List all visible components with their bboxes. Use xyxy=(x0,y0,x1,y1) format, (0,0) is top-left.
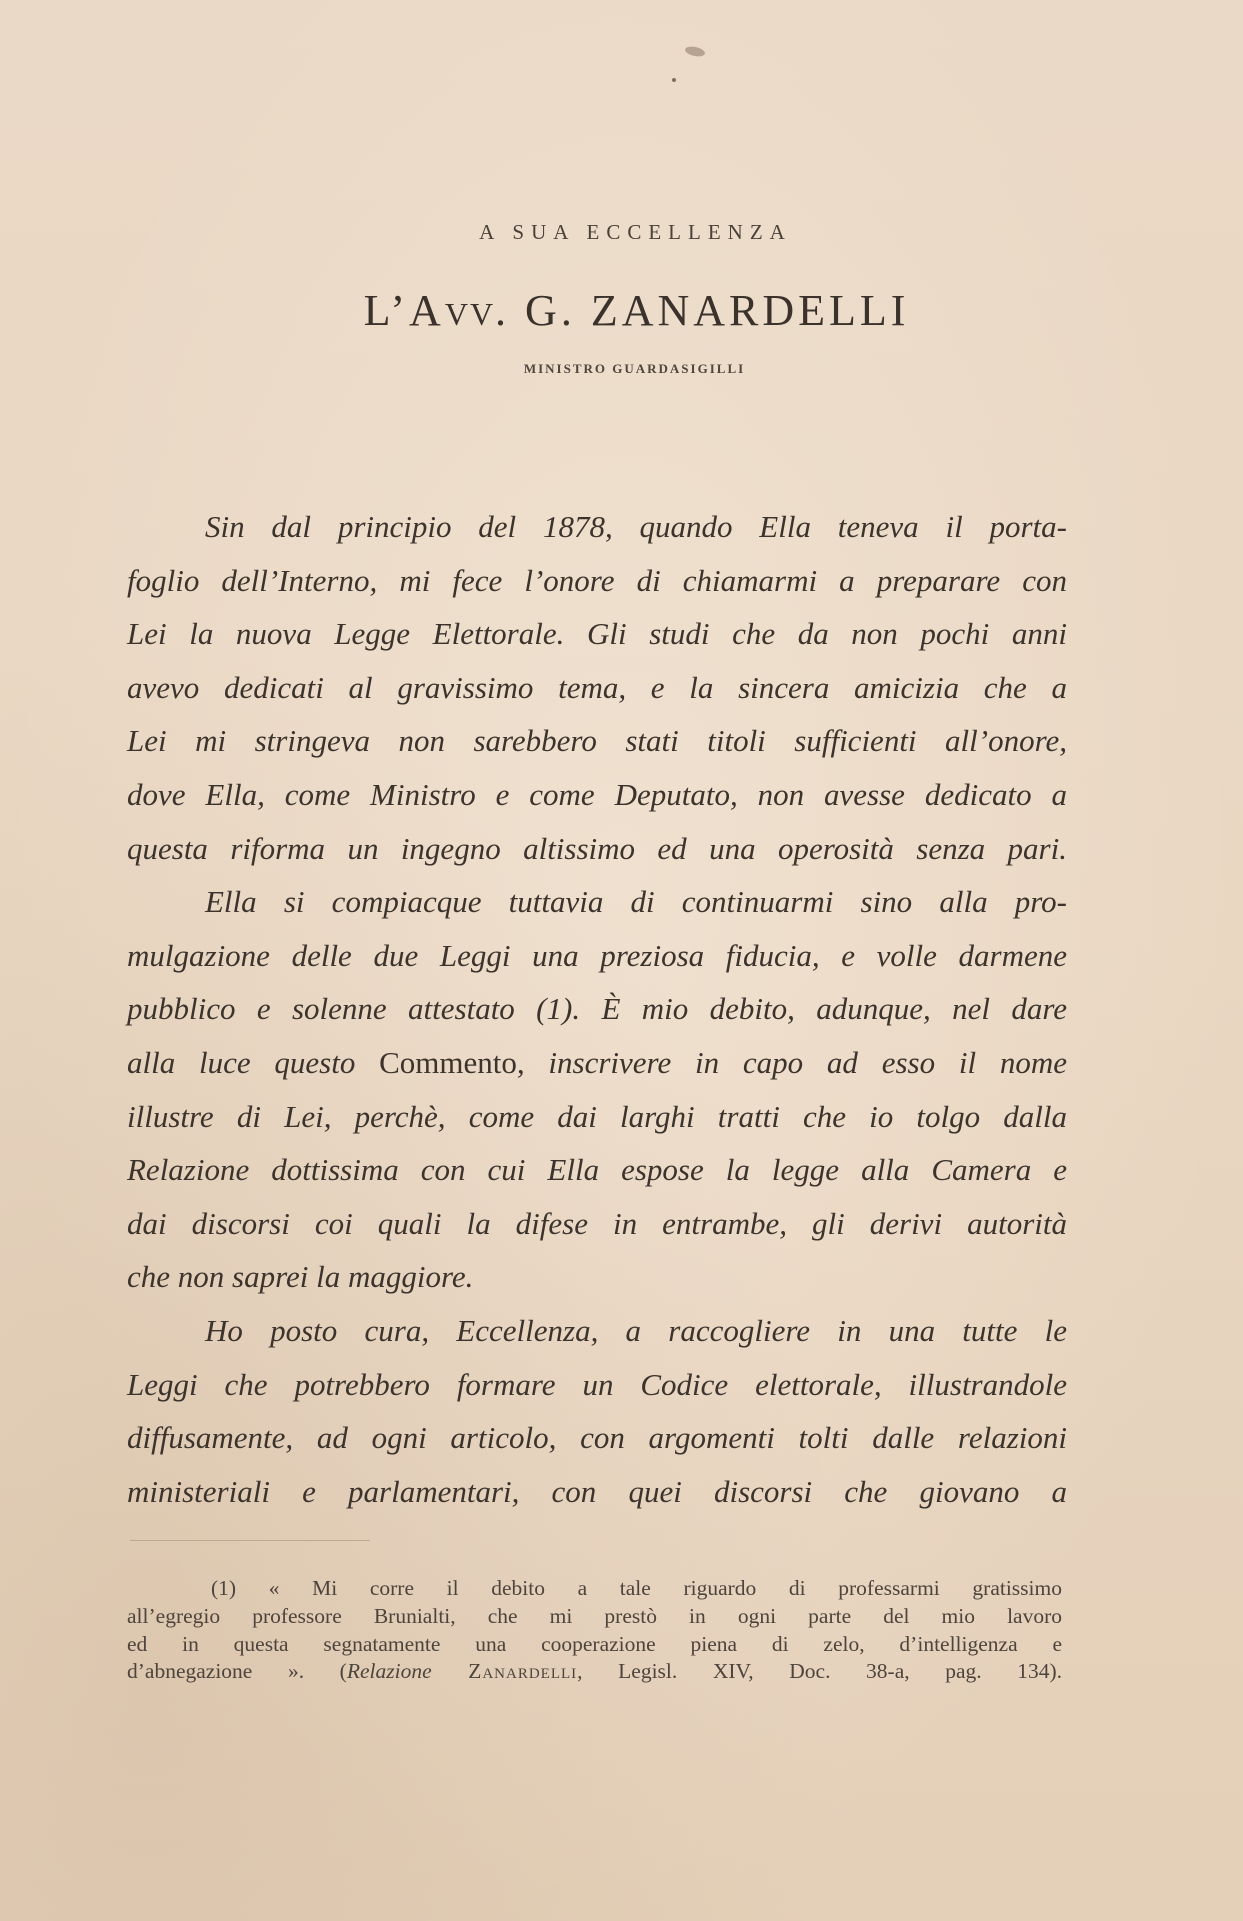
text-line: che non saprei la maggiore. xyxy=(127,1250,1067,1304)
dedicatee-name: . G. ZANARDELLI xyxy=(495,286,909,335)
text-line: mulgazione delle due Leggi una preziosa … xyxy=(127,929,1067,983)
text-line: dai discorsi coi quali la difese in entr… xyxy=(127,1197,1067,1251)
dedicatee-prefix-vv: VV xyxy=(445,296,495,332)
text-line: Leggi che potrebbero formare un Codice e… xyxy=(127,1358,1067,1412)
footnote: (1) « Mi corre il debito a tale riguardo… xyxy=(127,1575,1062,1686)
footnote-line: d’abnegazione ». (Relazione Zanardelli, … xyxy=(127,1658,1062,1686)
text-line: Sin dal principio del 1878, quando Ella … xyxy=(127,500,1067,554)
text-fragment: , inscrivere in capo ad esso il nome xyxy=(517,1045,1067,1080)
dedicatee-title: L’AVV. G. ZANARDELLI xyxy=(0,285,1243,336)
text-line: foglio dell’Interno, mi fece l’onore di … xyxy=(127,554,1067,608)
relazione-word: Relazione xyxy=(347,1659,432,1683)
text-line: Lei la nuova Legge Elettorale. Gli studi… xyxy=(127,607,1067,661)
dedication-body: Sin dal principio del 1878, quando Ella … xyxy=(127,500,1067,1518)
dedicatee-role: MINISTRO GUARDASIGILLI xyxy=(0,361,1243,377)
text-line: Ho posto cura, Eccellenza, a raccogliere… xyxy=(127,1304,1067,1358)
text-line: dove Ella, come Ministro e come Deputato… xyxy=(127,768,1067,822)
commento-word: Commento xyxy=(379,1045,517,1080)
dedicatee-prefix-l: L’A xyxy=(364,286,445,335)
footnote-divider xyxy=(130,1540,370,1541)
text-line: avevo dedicati al gravissimo tema, e la … xyxy=(127,661,1067,715)
text-line: Lei mi stringeva non sarebbero stati tit… xyxy=(127,714,1067,768)
text-line: alla luce questo Commento, inscrivere in… xyxy=(127,1036,1067,1090)
text-fragment: alla luce questo xyxy=(127,1045,379,1080)
text-line: ministeriali e parlamentari, con quei di… xyxy=(127,1465,1067,1519)
page-stain-mark xyxy=(684,45,705,58)
text-line: pubblico e solenne attestato (1). È mio … xyxy=(127,982,1067,1036)
text-line: illustre di Lei, perchè, come dai larghi… xyxy=(127,1090,1067,1144)
footnote-line: ed in questa segnatamente una cooperazio… xyxy=(127,1631,1062,1659)
footnote-line: (1) « Mi corre il debito a tale riguardo… xyxy=(127,1575,1062,1603)
dedication-heading: A SUA ECCELLENZA xyxy=(0,220,1243,245)
page-speck xyxy=(672,78,676,82)
text-line: questa riforma un ingegno altissimo ed u… xyxy=(127,822,1067,876)
text-line: diffusamente, ad ogni articolo, con argo… xyxy=(127,1411,1067,1465)
zanardelli-smallcaps: Zanardelli xyxy=(432,1659,578,1683)
text-fragment: d’abnegazione ». ( xyxy=(127,1659,347,1683)
text-line: Ella si compiacque tuttavia di continuar… xyxy=(127,875,1067,929)
footnote-line: all’egregio professore Brunialti, che mi… xyxy=(127,1603,1062,1631)
text-line: Relazione dottissima con cui Ella espose… xyxy=(127,1143,1067,1197)
book-page: A SUA ECCELLENZA L’AVV. G. ZANARDELLI MI… xyxy=(0,0,1243,1921)
text-fragment: , Legisl. XIV, Doc. 38-a, pag. 134). xyxy=(577,1659,1062,1683)
